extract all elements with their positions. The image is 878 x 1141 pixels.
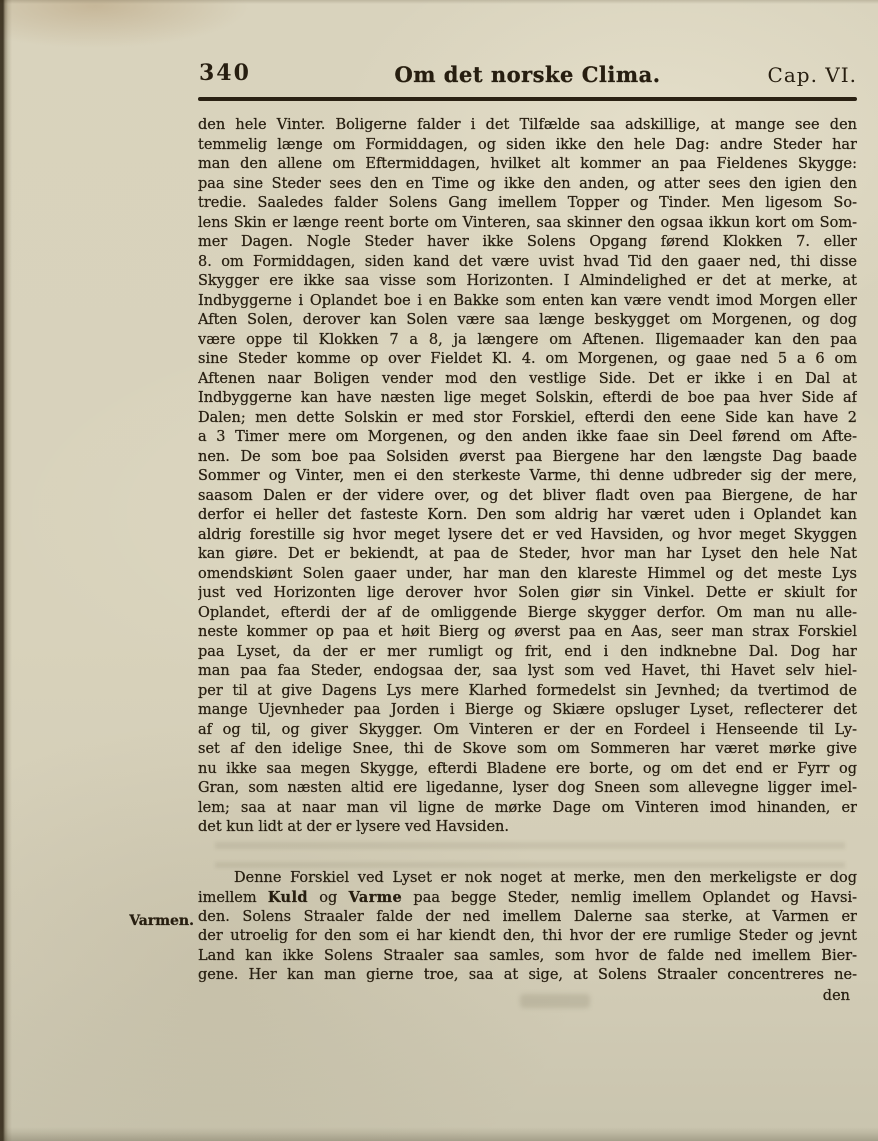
scan-edge-left xyxy=(0,0,12,1141)
text-line: saasom Dalen er der videre over, og det … xyxy=(198,487,857,507)
book-page: 340 Om det norske Clima. Cap. VI. Varmen… xyxy=(0,0,878,1141)
text-line: Indbyggerne kan have næsten lige meget S… xyxy=(198,389,857,409)
running-title: Om det norske Clima. xyxy=(198,62,857,87)
text-line: være oppe til Klokken 7 a 8, ja længere … xyxy=(198,331,857,351)
text-line: nen. De som boe paa Solsiden øverst paa … xyxy=(198,448,857,468)
text-line: der utroelig for den som ei har kiendt d… xyxy=(198,927,857,947)
body-text: den hele Vinter. Boligerne falder i det … xyxy=(198,116,857,986)
text-line: den. Solens Straaler falde der ned imell… xyxy=(198,908,857,928)
text-line: lens Skin er længe reent borte om Vinter… xyxy=(198,214,857,234)
text-line: Denne Forskiel ved Lyset er nok noget at… xyxy=(198,869,857,889)
text-line: mange Ujevnheder paa Jorden i Bierge og … xyxy=(198,701,857,721)
scan-edge-bottom xyxy=(0,1127,878,1141)
text-line: per til at give Dagens Lys mere Klarhed … xyxy=(198,682,857,702)
text-line: Gran, som næsten altid ere ligedanne, ly… xyxy=(198,779,857,799)
text-line: 8. om Formiddagen, siden kand det være u… xyxy=(198,253,857,273)
text-line: a 3 Timer mere om Morgenen, og den anden… xyxy=(198,428,857,448)
emphasized-word: Kuld xyxy=(268,889,308,906)
catchword: den xyxy=(198,987,850,1007)
text-line: paa sine Steder sees den en Time og ikke… xyxy=(198,175,857,195)
margin-note-varmen: Varmen. xyxy=(116,913,194,929)
chapter-label: Cap. VI. xyxy=(768,63,857,87)
text-line: Indbyggerne i Oplandet boe i en Bakke so… xyxy=(198,292,857,312)
text-line: det kun lidt at der er lysere ved Havsid… xyxy=(198,818,857,838)
text-line: set af den idelige Snee, thi de Skove so… xyxy=(198,740,857,760)
text-line: Skygger ere ikke saa visse som Horizonte… xyxy=(198,272,857,292)
text-line: Aftenen naar Boligen vender mod den vest… xyxy=(198,370,857,390)
text-line: man den allene om Eftermiddagen, hvilket… xyxy=(198,155,857,175)
text-line: aldrig forestille sig hvor meget lysere … xyxy=(198,526,857,546)
text-line: mer Dagen. Nogle Steder haver ikke Solen… xyxy=(198,233,857,253)
text-line: Oplandet, efterdi der af de omliggende B… xyxy=(198,604,857,624)
text-line: paa Lyset, da der er mer rumligt og frit… xyxy=(198,643,857,663)
header-rule xyxy=(198,97,857,101)
text-line: Land kan ikke Solens Straaler saa samles… xyxy=(198,947,857,967)
emphasized-word: Varme xyxy=(349,889,403,906)
text-line: imellem Kuld og Varme paa begge Steder, … xyxy=(198,888,857,908)
text-line: sine Steder komme op over Fieldet Kl. 4.… xyxy=(198,350,857,370)
text-line: tredie. Saaledes falder Solens Gang imel… xyxy=(198,194,857,214)
text-line: kan giøre. Det er bekiendt, at paa de St… xyxy=(198,545,857,565)
text-line: temmelig længe om Formiddagen, og siden … xyxy=(198,136,857,156)
text-line: Aften Solen, derover kan Solen være saa … xyxy=(198,311,857,331)
text-line: nu ikke saa megen Skygge, efterdi Bladen… xyxy=(198,760,857,780)
text-line: man paa faa Steder, endogsaa der, saa ly… xyxy=(198,662,857,682)
text-line: neste kommer op paa et høit Bierg og øve… xyxy=(198,623,857,643)
paragraph: Denne Forskiel ved Lyset er nok noget at… xyxy=(198,869,857,986)
scan-edge-top xyxy=(0,0,878,4)
text-line: gene. Her kan man gierne troe, saa at si… xyxy=(198,966,857,986)
text-line: den hele Vinter. Boligerne falder i det … xyxy=(198,116,857,136)
paragraph: den hele Vinter. Boligerne falder i det … xyxy=(198,116,857,838)
text-line: just ved Horizonten lige derover hvor So… xyxy=(198,584,857,604)
text-line: derfor ei heller det fasteste Korn. Den … xyxy=(198,506,857,526)
text-line: lem; saa at naar man vil ligne de mørke … xyxy=(198,799,857,819)
text-line: Sommer og Vinter, men ei den sterkeste V… xyxy=(198,467,857,487)
text-line: af og til, og giver Skygger. Om Vinteren… xyxy=(198,721,857,741)
text-line: Dalen; men dette Solskin er med stor For… xyxy=(198,409,857,429)
text-line: omendskiønt Solen gaaer under, har man d… xyxy=(198,565,857,585)
